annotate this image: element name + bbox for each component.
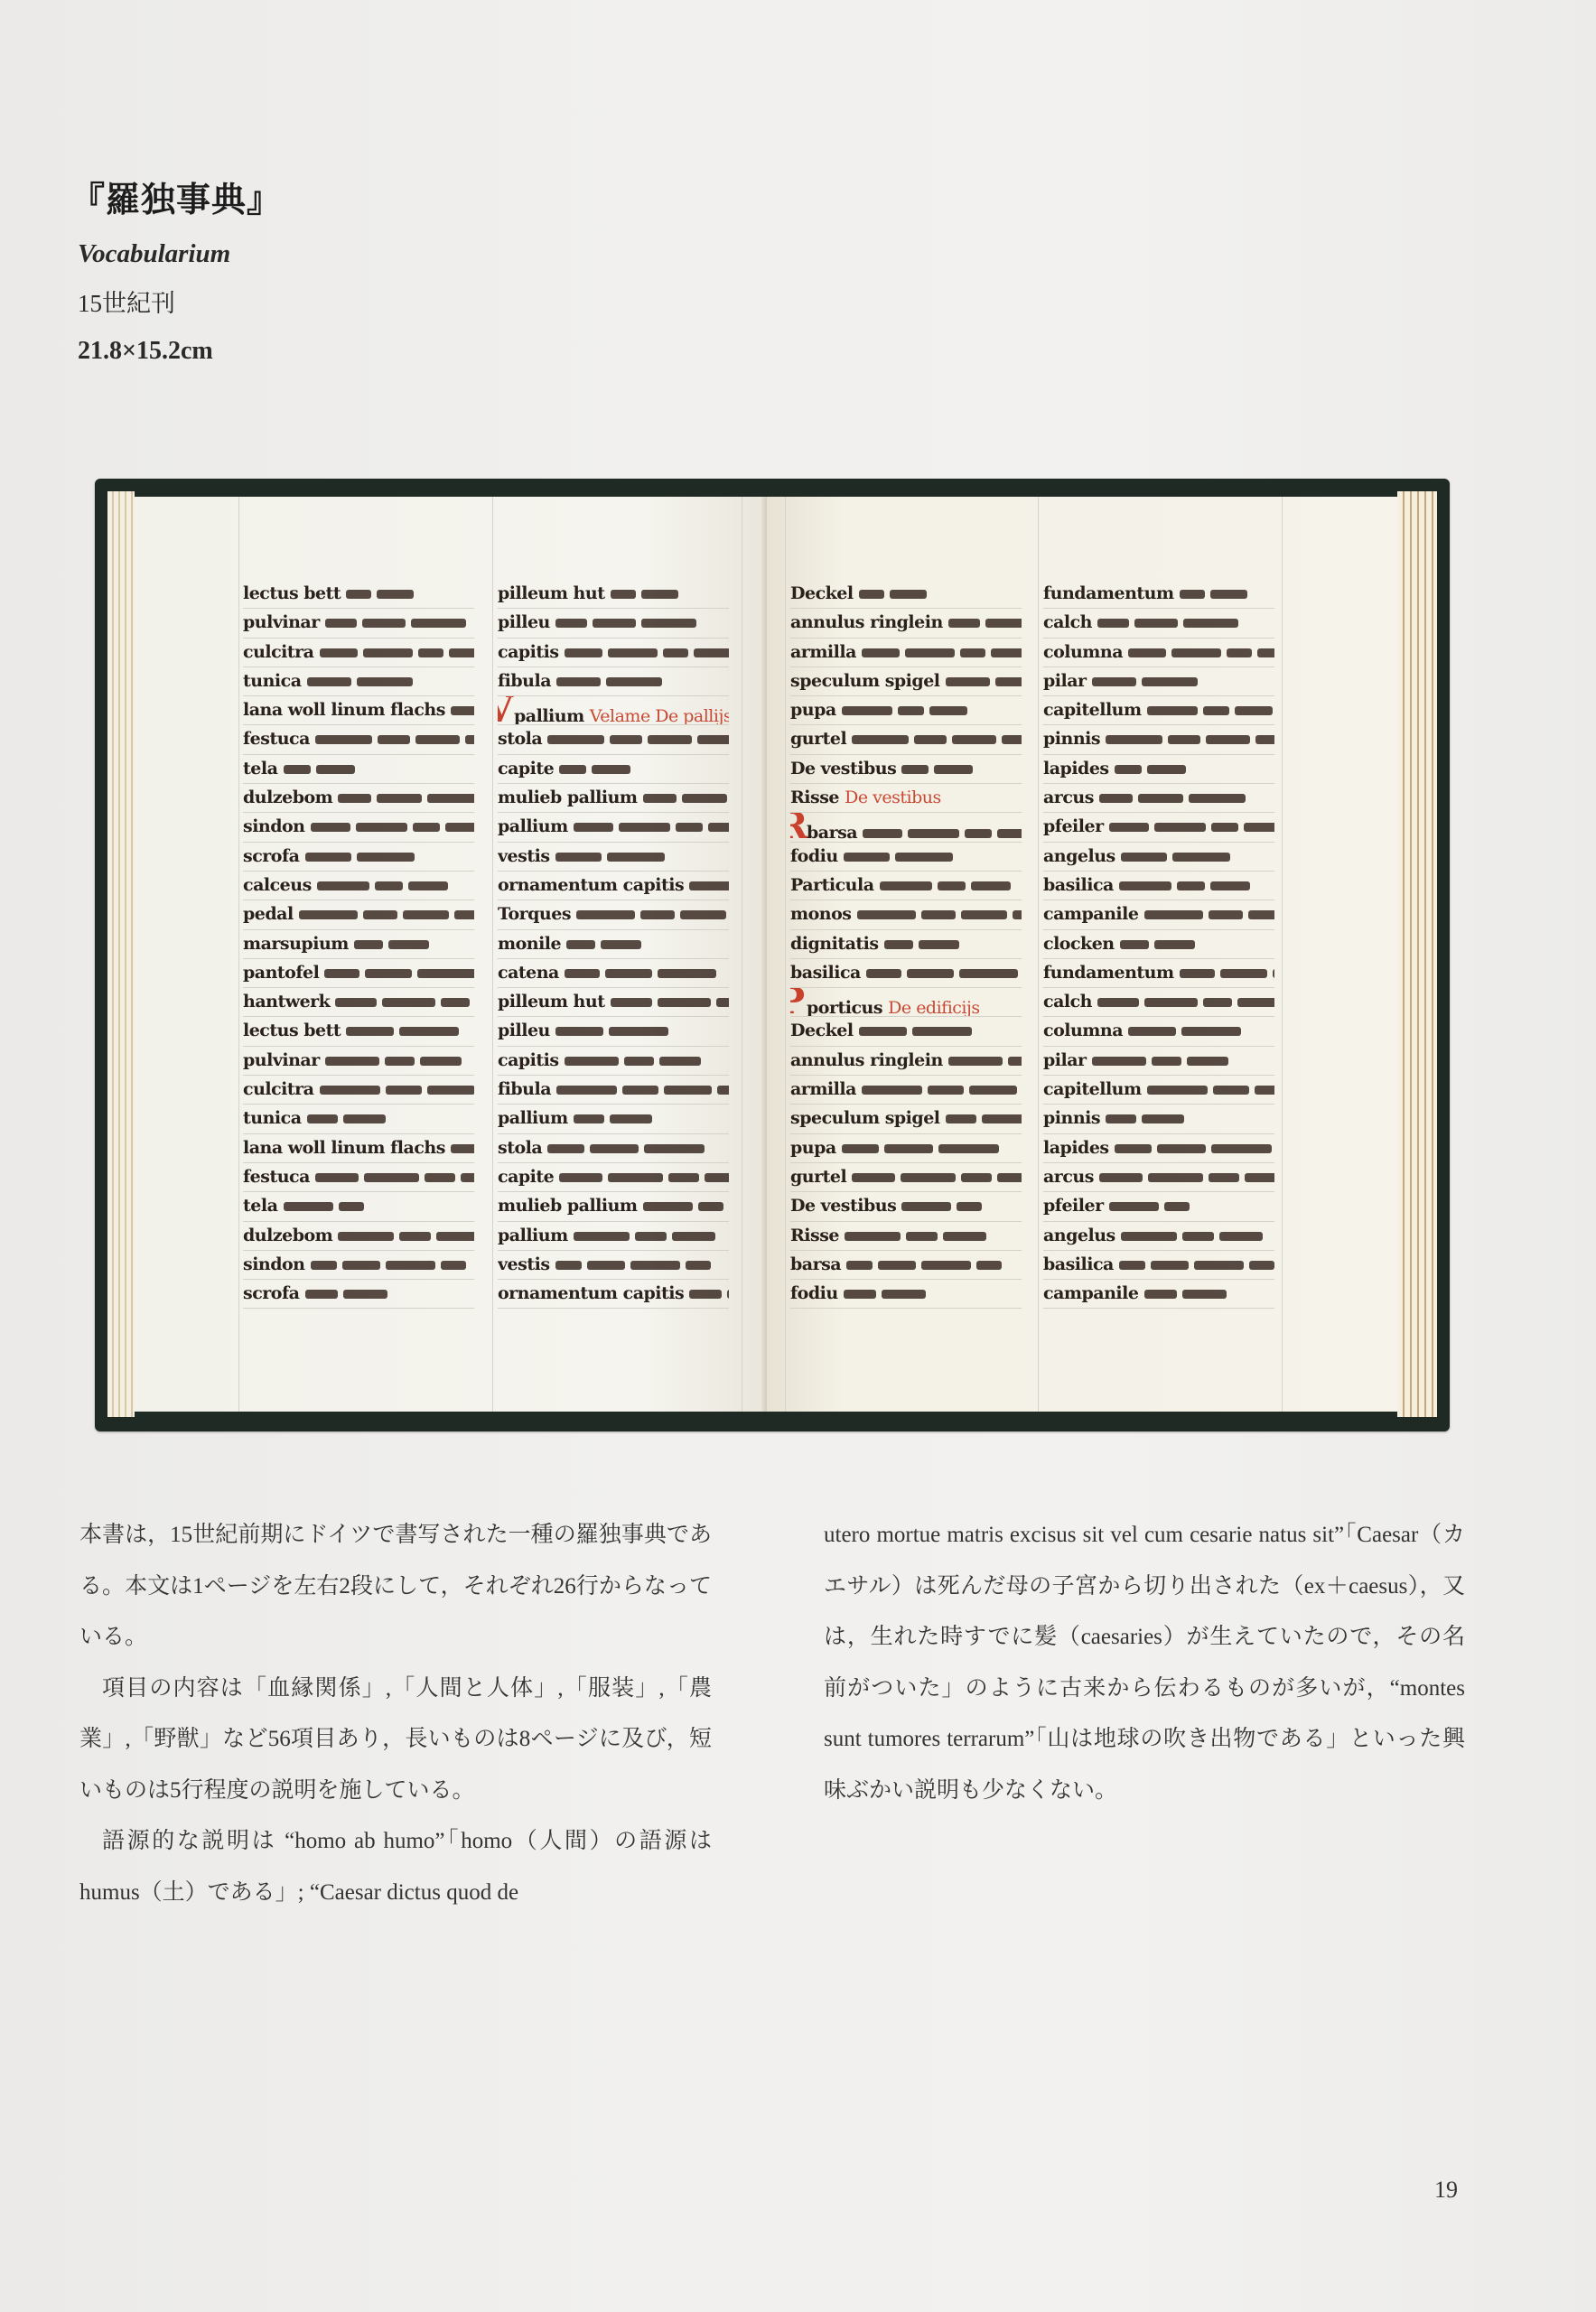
manuscript-column-3: Deckel annulus ringlein armilla speculum… — [790, 580, 1022, 1309]
ruling-line — [1038, 497, 1039, 1412]
manuscript-line: Pporticus De edificijs — [790, 988, 1022, 1017]
right-leaf: Deckel annulus ringlein armilla speculum… — [767, 497, 1397, 1412]
manuscript-line: lapides — [1043, 755, 1274, 784]
manuscript-line: pallium — [498, 1105, 729, 1133]
manuscript-line: Risse De vestibus — [790, 784, 1022, 813]
manuscript-line: pilleu — [498, 1017, 729, 1046]
manuscript-line: stola — [498, 1134, 729, 1163]
manuscript-line: Rbarsa — [790, 813, 1022, 842]
manuscript-line: columna — [1043, 639, 1274, 667]
manuscript-line: pfeiler — [1043, 813, 1274, 842]
ruling-line — [1282, 497, 1283, 1412]
manuscript-line: Particula — [790, 872, 1022, 900]
page-edges-right — [1397, 491, 1437, 1417]
manuscript-line: scrofa — [243, 843, 474, 872]
paragraph: 本書は，15世紀前期にドイツで書写された一種の羅独事典である。本文は1ページを左… — [79, 1510, 712, 1664]
manuscript-line: Deckel — [790, 580, 1022, 609]
manuscript-line: scrofa — [243, 1280, 474, 1309]
illuminated-initial: V — [498, 696, 514, 723]
manuscript-column-1: lectus bett pulvinar culcitra tunica lan… — [243, 580, 474, 1309]
manuscript-line: capite — [498, 1163, 729, 1192]
manuscript-line: gurtel — [790, 1163, 1022, 1192]
manuscript-line: calceus — [243, 872, 474, 900]
page-edges-left — [107, 491, 135, 1417]
paragraph: utero mortue matris excisus sit vel cum … — [824, 1510, 1465, 1816]
manuscript-line: tunica — [243, 1105, 474, 1133]
manuscript-line: ornamentum capitis — [498, 1280, 729, 1309]
manuscript-line: barsa — [790, 1251, 1022, 1280]
left-leaf: lectus bett pulvinar culcitra tunica lan… — [135, 497, 767, 1412]
manuscript-line: De vestibus — [790, 1192, 1022, 1221]
manuscript-line: basilica — [790, 959, 1022, 988]
manuscript-line: pulvinar — [243, 1047, 474, 1076]
manuscript-line: De vestibus — [790, 755, 1022, 784]
manuscript-line: sindon — [243, 1251, 474, 1280]
manuscript-line: calch — [1043, 609, 1274, 638]
manuscript-line: pallium — [498, 1222, 729, 1251]
manuscript-line: basilica — [1043, 872, 1274, 900]
manuscript-line: tela — [243, 755, 474, 784]
manuscript-line: lectus bett — [243, 580, 474, 609]
manuscript-line: vestis — [498, 843, 729, 872]
manuscript-line: mulieb pallium — [498, 1192, 729, 1221]
manuscript-line: capite — [498, 755, 729, 784]
manuscript-line: monos — [790, 900, 1022, 929]
item-title: 『羅独事典』 — [70, 172, 282, 221]
ruling-line — [238, 497, 239, 1412]
manuscript-line: lana woll linum flachs — [243, 1134, 474, 1163]
manuscript-line: pilar — [1043, 667, 1274, 696]
manuscript-line: monile — [498, 930, 729, 959]
manuscript-line: hantwerk — [243, 988, 474, 1017]
manuscript-line: pedal — [243, 900, 474, 929]
manuscript-line: arcus — [1043, 1163, 1274, 1192]
item-header: 『羅独事典』 Vocabularium 15世紀刊 21.8×15.2cm — [78, 172, 282, 366]
manuscript-line: mulieb pallium — [498, 784, 729, 813]
manuscript-photo: lectus bett pulvinar culcitra tunica lan… — [95, 479, 1450, 1431]
manuscript-line: dulzebom — [243, 784, 474, 813]
manuscript-line: clocken — [1043, 930, 1274, 959]
manuscript-line: annulus ringlein — [790, 609, 1022, 638]
rubric-heading: De vestibus — [845, 788, 941, 807]
manuscript-line: annulus ringlein — [790, 1047, 1022, 1076]
manuscript-line: calch — [1043, 988, 1274, 1017]
manuscript-line: catena — [498, 959, 729, 988]
manuscript-line: pupa — [790, 696, 1022, 725]
manuscript-line: pilleum hut — [498, 988, 729, 1017]
ruling-line — [785, 497, 786, 1412]
manuscript-line: capitis — [498, 1047, 729, 1076]
manuscript-line: armilla — [790, 1076, 1022, 1105]
manuscript-line: culcitra — [243, 1076, 474, 1105]
manuscript-line: Vpallium Velame De pallijs seiter — [498, 696, 729, 725]
manuscript-line: lectus bett — [243, 1017, 474, 1046]
manuscript-line: Risse — [790, 1222, 1022, 1251]
manuscript-line: pilleum hut — [498, 580, 729, 609]
illuminated-initial: P — [790, 988, 807, 1015]
latin-title: Vocabularium — [78, 239, 282, 269]
manuscript-line: festuca — [243, 1163, 474, 1192]
ruling-line — [492, 497, 493, 1412]
manuscript-line: marsupium — [243, 930, 474, 959]
manuscript-line: lapides — [1043, 1134, 1274, 1163]
dimensions: 21.8×15.2cm — [78, 337, 282, 366]
manuscript-line: dignitatis — [790, 930, 1022, 959]
manuscript-line: angelus — [1043, 843, 1274, 872]
manuscript-line: lana woll linum flachs — [243, 696, 474, 725]
manuscript-line: ornamentum capitis — [498, 872, 729, 900]
paragraph: 語源的な説明は “homo ab humo”「homo（人間）の語源は humu… — [79, 1816, 712, 1918]
manuscript-line: stola — [498, 725, 729, 754]
manuscript-line: capitellum — [1043, 1076, 1274, 1105]
manuscript-line: festuca — [243, 725, 474, 754]
manuscript-line: capitellum — [1043, 696, 1274, 725]
manuscript-column-4: fundamentum calch columna pilar capitell… — [1043, 580, 1274, 1309]
manuscript-line: basilica — [1043, 1251, 1274, 1280]
rubric-heading: Velame De pallijs seiter — [590, 706, 729, 725]
body-text-left: 本書は，15世紀前期にドイツで書写された一種の羅独事典である。本文は1ページを左… — [79, 1510, 712, 1918]
manuscript-line: speculum spigel — [790, 1105, 1022, 1133]
manuscript-line: pinnis — [1043, 1105, 1274, 1133]
manuscript-line: angelus — [1043, 1222, 1274, 1251]
manuscript-line: campanile — [1043, 900, 1274, 929]
ruling-line — [742, 497, 742, 1412]
manuscript-line: pilar — [1043, 1047, 1274, 1076]
manuscript-line: sindon — [243, 813, 474, 842]
manuscript-line: pinnis — [1043, 725, 1274, 754]
manuscript-line: gurtel — [790, 725, 1022, 754]
body-text-right: utero mortue matris excisus sit vel cum … — [824, 1510, 1465, 1816]
manuscript-line: pulvinar — [243, 609, 474, 638]
manuscript-line: speculum spigel — [790, 667, 1022, 696]
page-number: 19 — [1434, 2177, 1458, 2204]
manuscript-column-2: pilleum hut pilleu capitis fibula Vpalli… — [498, 580, 729, 1309]
manuscript-line: fibula — [498, 667, 729, 696]
publication-date: 15世紀刊 — [78, 284, 282, 319]
manuscript-line: fibula — [498, 1076, 729, 1105]
manuscript-line: tela — [243, 1192, 474, 1221]
manuscript-line: fodiu — [790, 843, 1022, 872]
manuscript-line: Deckel — [790, 1017, 1022, 1046]
manuscript-line: dulzebom — [243, 1222, 474, 1251]
manuscript-line: campanile — [1043, 1280, 1274, 1309]
manuscript-line: fundamentum — [1043, 580, 1274, 609]
manuscript-line: armilla — [790, 639, 1022, 667]
illuminated-initial: R — [790, 813, 807, 840]
manuscript-line: columna — [1043, 1017, 1274, 1046]
manuscript-line: fundamentum — [1043, 959, 1274, 988]
manuscript-line: pantofel — [243, 959, 474, 988]
manuscript-line: culcitra — [243, 639, 474, 667]
manuscript-line: pallium — [498, 813, 729, 842]
paragraph: 項目の内容は「血縁関係」,「人間と人体」,「服装」,「農業」,「野獣」など56項… — [79, 1664, 712, 1817]
manuscript-line: Torques — [498, 900, 729, 929]
manuscript-line: arcus — [1043, 784, 1274, 813]
manuscript-line: pilleu — [498, 609, 729, 638]
manuscript-line: capitis — [498, 639, 729, 667]
manuscript-line: vestis — [498, 1251, 729, 1280]
manuscript-line: fodiu — [790, 1280, 1022, 1309]
manuscript-line: pupa — [790, 1134, 1022, 1163]
rubric-heading: De edificijs — [888, 998, 979, 1017]
manuscript-line: tunica — [243, 667, 474, 696]
manuscript-line: pfeiler — [1043, 1192, 1274, 1221]
